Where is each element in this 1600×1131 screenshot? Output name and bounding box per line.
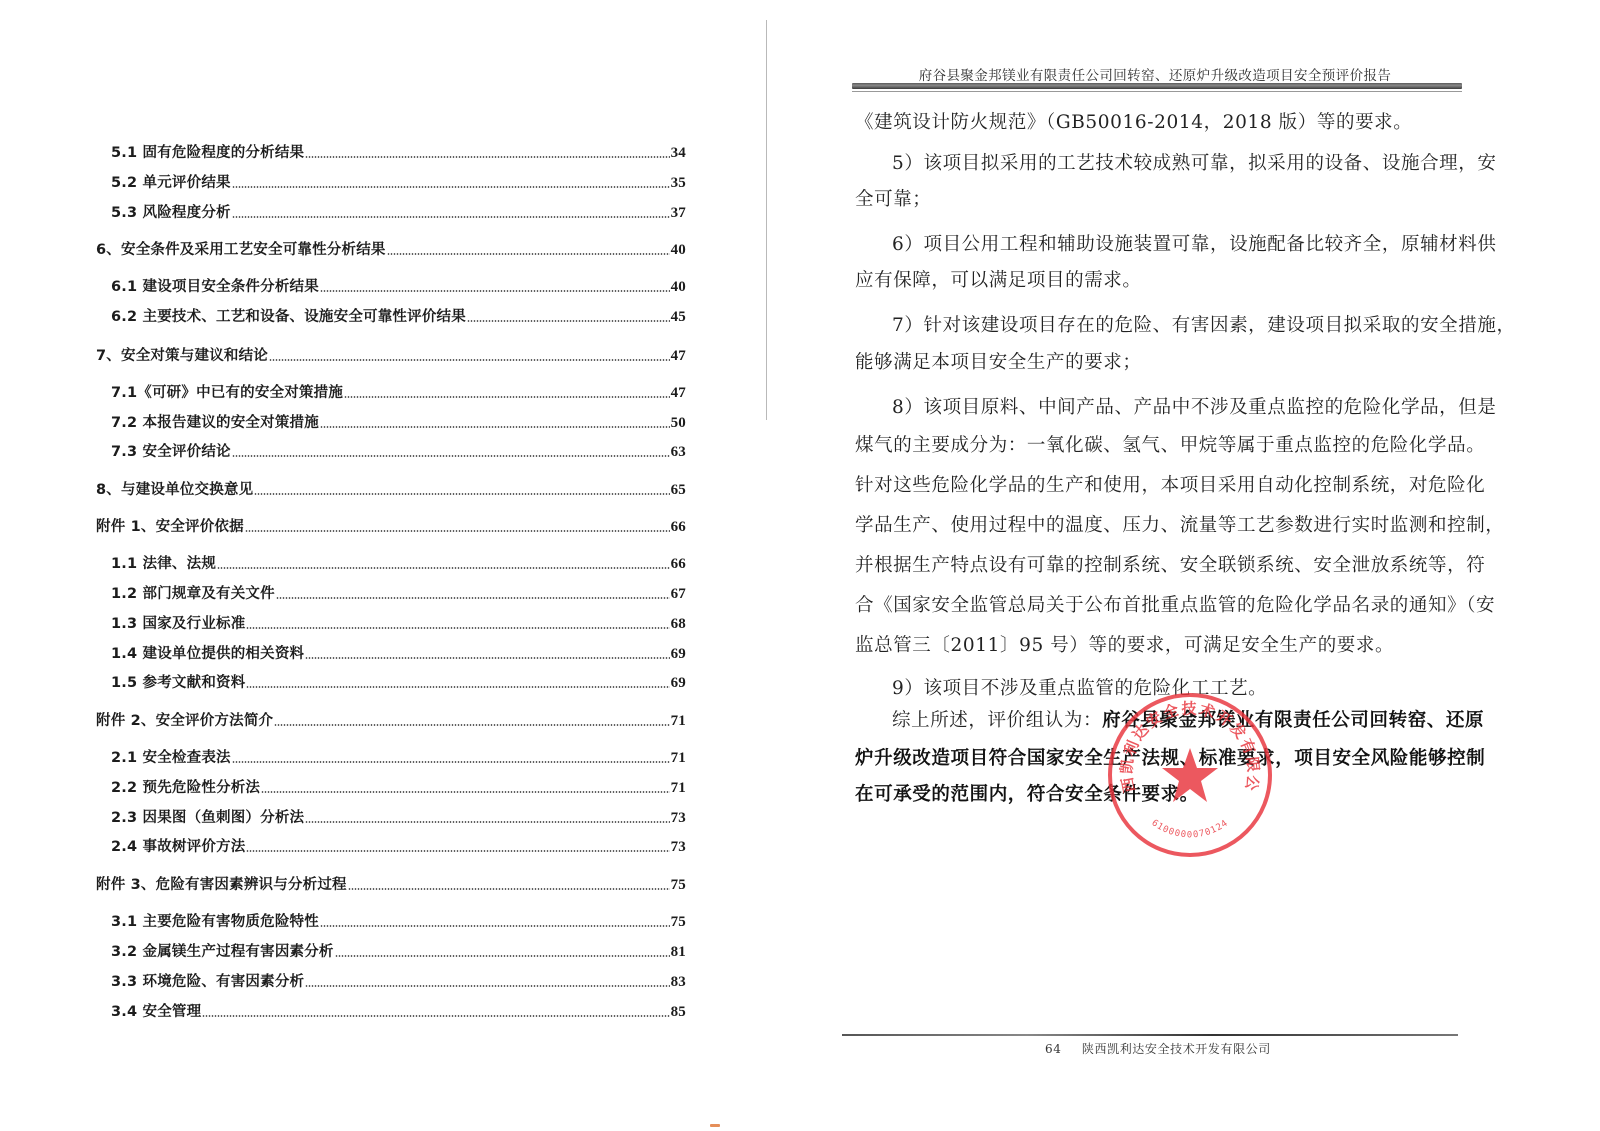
- body-line: 7）针对该建设项目存在的危险、有害因素，建设项目拟采取的安全措施，: [892, 311, 1516, 337]
- toc-entry-page: 69: [671, 675, 686, 692]
- toc-leader-dots: [276, 597, 670, 599]
- toc-entry[interactable]: 1.3 国家及行业标准68: [96, 611, 686, 633]
- body-line: 9）该项目不涉及重点监管的危险化工工艺。: [892, 674, 1267, 700]
- toc-leader-dots: [467, 320, 670, 322]
- toc-entry[interactable]: 6.2 主要技术、工艺和设备、设施安全可靠性评价结果45: [96, 304, 686, 326]
- toc-entry[interactable]: 7.1《可研》中已有的安全对策措施47: [96, 380, 686, 402]
- toc-entry-label: 1.2 部门规章及有关文件: [111, 582, 275, 603]
- toc-entry-label: 7.1《可研》中已有的安全对策措施: [111, 381, 343, 402]
- toc-leader-dots: [305, 657, 669, 659]
- footer-rule: [842, 1034, 1458, 1036]
- toc-leader-dots: [232, 186, 670, 188]
- toc-entry-label: 6.2 主要技术、工艺和设备、设施安全可靠性评价结果: [111, 305, 466, 326]
- toc-entry[interactable]: 5.2 单元评价结果35: [96, 170, 686, 192]
- toc-entry-label: 附件 2、安全评价方法简介: [96, 709, 273, 730]
- toc-entry-page: 45: [671, 309, 686, 326]
- page-header-title: 府谷县聚金邦镁业有限责任公司回转窑、还原炉升级改造项目安全预评价报告: [855, 64, 1455, 84]
- toc-entry-page: 35: [671, 175, 686, 192]
- body-line: 5）该项目拟采用的工艺技术较成熟可靠，拟采用的设备、设施合理，安: [892, 149, 1496, 175]
- toc-entry-page: 73: [671, 810, 686, 827]
- toc-entry-label: 1.5 参考文献和资料: [111, 671, 245, 692]
- toc-leader-dots: [305, 821, 669, 823]
- toc-entry-label: 2.3 因果图（鱼刺图）分析法: [111, 806, 304, 827]
- toc-leader-dots: [246, 627, 669, 629]
- body-line: 能够满足本项目安全生产的要求；: [855, 348, 1142, 374]
- toc-entry[interactable]: 6、安全条件及采用工艺安全可靠性分析结果40: [96, 237, 686, 259]
- toc-entry-page: 40: [671, 279, 686, 296]
- conclusion-bold: 炉升级改造项目符合国家安全生产法规、标准要求，项目安全风险能够控制: [855, 744, 1485, 770]
- toc-entry-label: 7、安全对策与建议和结论: [96, 344, 268, 365]
- toc-entry-label: 2.1 安全检查表法: [111, 746, 231, 767]
- body-line: 学品生产、使用过程中的温度、压力、流量等工艺参数进行实时监测和控制，: [855, 511, 1504, 537]
- body-line: 监总管三〔2011〕95 号）等的要求，可满足安全生产的要求。: [855, 631, 1394, 657]
- toc-entry[interactable]: 6.1 建设项目安全条件分析结果40: [96, 274, 686, 296]
- toc-leader-dots: [254, 493, 669, 495]
- toc-entry[interactable]: 7.3 安全评价结论63: [96, 439, 686, 461]
- toc-entry-label: 7.2 本报告建议的安全对策措施: [111, 411, 319, 432]
- toc-leader-dots: [217, 567, 670, 569]
- toc-entry-label: 3.3 环境危险、有害因素分析: [111, 970, 304, 991]
- toc-entry-page: 47: [671, 348, 686, 365]
- toc-entry-page: 85: [671, 1004, 686, 1021]
- toc-entry-label: 3.2 金属镁生产过程有害因素分析: [111, 940, 334, 961]
- toc-entry-page: 71: [671, 780, 686, 797]
- svg-text:6100000070124: 6100000070124: [1149, 818, 1230, 840]
- page-divider: [766, 20, 767, 420]
- toc-leader-dots: [246, 850, 669, 852]
- toc-leader-dots: [320, 426, 670, 428]
- toc-entry[interactable]: 2.2 预先危险性分析法71: [96, 775, 686, 797]
- toc-entry-page: 37: [671, 205, 686, 222]
- toc-entry-label: 附件 1、安全评价依据: [96, 515, 244, 536]
- toc-entry[interactable]: 3.4 安全管理85: [96, 999, 686, 1021]
- toc-entry-label: 2.2 预先危险性分析法: [111, 776, 260, 797]
- toc-entry-label: 6、安全条件及采用工艺安全可靠性分析结果: [96, 238, 386, 259]
- body-line: 全可靠；: [855, 185, 931, 211]
- toc-entry-label: 2.4 事故树评价方法: [111, 835, 245, 856]
- scan-mark: [710, 1124, 720, 1127]
- header-rule: [852, 83, 1462, 89]
- toc-entry-label: 附件 3、危险有害因素辨识与分析过程: [96, 873, 347, 894]
- toc-entry-label: 5.1 固有危险程度的分析结果: [111, 141, 304, 162]
- toc-entry-label: 6.1 建设项目安全条件分析结果: [111, 275, 319, 296]
- toc-entry[interactable]: 附件 3、危险有害因素辨识与分析过程75: [96, 872, 686, 894]
- toc-leader-dots: [387, 253, 670, 255]
- toc-entry-page: 83: [671, 974, 686, 991]
- toc-entry-label: 8、与建设单位交换意见: [96, 478, 253, 499]
- toc-entry-label: 5.3 风险程度分析: [111, 201, 231, 222]
- toc-entry[interactable]: 1.4 建设单位提供的相关资料69: [96, 641, 686, 663]
- toc-entry-page: 47: [671, 385, 686, 402]
- toc-entry-page: 75: [671, 914, 686, 931]
- body-line: 《建筑设计防火规范》（GB50016-2014，2018 版）等的要求。: [855, 108, 1412, 134]
- conclusion-lead: 综上所述，评价组认为：: [892, 710, 1102, 731]
- toc-entry[interactable]: 1.1 法律、法规66: [96, 551, 686, 573]
- toc-entry[interactable]: 7.2 本报告建议的安全对策措施50: [96, 410, 686, 432]
- toc-entry[interactable]: 7、安全对策与建议和结论47: [96, 343, 686, 365]
- toc-leader-dots: [246, 686, 669, 688]
- conclusion-bold: 在可承受的范围内，符合安全条件要求。: [855, 780, 1199, 806]
- toc-entry-label: 1.1 法律、法规: [111, 552, 216, 573]
- body-line: 并根据生产特点设有可靠的控制系统、安全联锁系统、安全泄放系统等，符: [855, 551, 1485, 577]
- toc-entry-label: 5.2 单元评价结果: [111, 171, 231, 192]
- toc-leader-dots: [232, 455, 670, 457]
- toc-entry[interactable]: 2.4 事故树评价方法73: [96, 834, 686, 856]
- toc-entry[interactable]: 2.1 安全检查表法71: [96, 745, 686, 767]
- toc-entry-page: 68: [671, 616, 686, 633]
- toc-leader-dots: [269, 359, 670, 361]
- header-rule-thin: [852, 91, 1462, 92]
- toc-entry-page: 50: [671, 415, 686, 432]
- toc-leader-dots: [245, 530, 670, 532]
- toc-entry[interactable]: 1.5 参考文献和资料69: [96, 670, 686, 692]
- body-line: 煤气的主要成分为：一氧化碳、氢气、甲烷等属于重点监控的危险化学品。: [855, 431, 1485, 457]
- toc-leader-dots: [305, 985, 669, 987]
- toc-entry-page: 40: [671, 242, 686, 259]
- toc-leader-dots: [348, 888, 670, 890]
- conclusion-bold: 府谷县聚金邦镁业有限责任公司回转窑、还原: [1102, 710, 1484, 731]
- toc-leader-dots: [202, 1015, 669, 1017]
- conclusion-line: 综上所述，评价组认为：府谷县聚金邦镁业有限责任公司回转窑、还原: [892, 706, 1484, 732]
- toc-entry-page: 71: [671, 713, 686, 730]
- body-line: 针对这些危险化学品的生产和使用，本项目采用自动化控制系统，对危险化: [855, 471, 1485, 497]
- toc-entry-page: 71: [671, 750, 686, 767]
- toc-entry-page: 69: [671, 646, 686, 663]
- toc-entry-label: 1.4 建设单位提供的相关资料: [111, 642, 304, 663]
- toc-entry-label: 3.1 主要危险有害物质危险特性: [111, 910, 319, 931]
- toc-leader-dots: [232, 216, 670, 218]
- toc-entry-label: 1.3 国家及行业标准: [111, 612, 245, 633]
- toc-entry[interactable]: 附件 1、安全评价依据66: [96, 514, 686, 536]
- toc-entry[interactable]: 8、与建设单位交换意见65: [96, 477, 686, 499]
- toc-leader-dots: [261, 791, 669, 793]
- toc-entry-page: 67: [671, 586, 686, 603]
- body-line: 6）项目公用工程和辅助设施装置可靠，设施配备比较齐全，原辅材料供: [892, 230, 1496, 256]
- toc-entry-page: 73: [671, 839, 686, 856]
- toc-leader-dots: [320, 925, 670, 927]
- toc-entry[interactable]: 5.1 固有危险程度的分析结果34: [96, 140, 686, 162]
- toc-entry-page: 34: [671, 145, 686, 162]
- toc-entry[interactable]: 2.3 因果图（鱼刺图）分析法73: [96, 805, 686, 827]
- body-line: 合《国家安全监管总局关于公布首批重点监管的危险化学品名录的通知》（安: [855, 591, 1495, 617]
- toc-entry-label: 7.3 安全评价结论: [111, 440, 231, 461]
- body-line: 8）该项目原料、中间产品、产品中不涉及重点监控的危险化学品，但是: [892, 393, 1496, 419]
- toc-entry-page: 63: [671, 444, 686, 461]
- toc-leader-dots: [274, 724, 669, 726]
- body-line: 应有保障，可以满足项目的需求。: [855, 266, 1142, 292]
- toc-entry[interactable]: 5.3 风险程度分析37: [96, 200, 686, 222]
- toc-entry[interactable]: 3.3 环境危险、有害因素分析83: [96, 969, 686, 991]
- toc-leader-dots: [320, 290, 670, 292]
- toc-entry[interactable]: 3.2 金属镁生产过程有害因素分析81: [96, 939, 686, 961]
- toc-entry-page: 65: [671, 482, 686, 499]
- toc-leader-dots: [232, 761, 670, 763]
- toc-leader-dots: [335, 955, 670, 957]
- toc-leader-dots: [344, 396, 670, 398]
- toc-leader-dots: [305, 156, 669, 158]
- toc-entry[interactable]: 3.1 主要危险有害物质危险特性75: [96, 909, 686, 931]
- toc-entry-page: 66: [671, 556, 686, 573]
- page-number: 64: [1045, 1042, 1061, 1056]
- toc-entry-page: 75: [671, 877, 686, 894]
- toc-entry[interactable]: 1.2 部门规章及有关文件67: [96, 581, 686, 603]
- toc-entry-label: 3.4 安全管理: [111, 1000, 201, 1021]
- toc-entry[interactable]: 附件 2、安全评价方法简介71: [96, 708, 686, 730]
- page-footer: 64 陕西凯利达安全技术开发有限公司: [1045, 1040, 1271, 1057]
- toc-entry-page: 66: [671, 519, 686, 536]
- toc-entry-page: 81: [671, 944, 686, 961]
- footer-company: 陕西凯利达安全技术开发有限公司: [1082, 1042, 1271, 1056]
